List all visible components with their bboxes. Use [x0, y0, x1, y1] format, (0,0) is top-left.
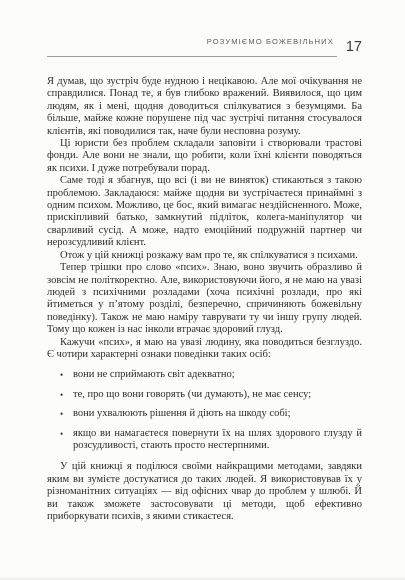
running-head: РОЗУМІЄМО БОЖЕВІЛЬНИХ	[207, 37, 334, 46]
page-header: РОЗУМІЄМО БОЖЕВІЛЬНИХ 17	[47, 31, 362, 57]
list-item: • якщо ви намагаєтеся повернути їх на шл…	[47, 428, 362, 453]
paragraph: Ці юристи без проблем складали заповіти …	[47, 138, 362, 175]
header-rule: РОЗУМІЄМО БОЖЕВІЛЬНИХ	[47, 31, 337, 57]
trait-list: • вони не сприймають світ адекватно; • т…	[47, 369, 362, 452]
paragraph: Кажучи «псих», я маю на увазі людину, як…	[47, 337, 362, 362]
list-item-text: те, про що вони говорять (чи думають), н…	[73, 389, 311, 400]
list-item-text: вони не сприймають світ адекватно;	[73, 369, 235, 380]
list-item: • вони ухвалюють рішення й діють на шкод…	[47, 408, 362, 420]
list-item: • те, про що вони говорять (чи думають),…	[47, 389, 362, 401]
paragraph: Саме тоді я збагнув, що всі (і ви не вин…	[47, 175, 362, 249]
body-text: Я думав, що зустріч буде нудною і неціка…	[47, 76, 362, 523]
paragraph: Отож у цій книжці розкажу вам про те, як…	[47, 250, 362, 262]
list-item-text: якщо ви намагаєтеся повернути їх на шлях…	[73, 428, 362, 451]
paragraph: Тепер трішки про слово «псих». Знаю, вон…	[47, 262, 362, 336]
book-page: РОЗУМІЄМО БОЖЕВІЛЬНИХ 17 Я думав, що зус…	[0, 0, 405, 580]
list-item: • вони не сприймають світ адекватно;	[47, 369, 362, 381]
bullet-icon: •	[60, 369, 63, 381]
paragraph: Я думав, що зустріч буде нудною і неціка…	[47, 76, 362, 138]
bullet-icon: •	[60, 389, 63, 401]
bullet-icon: •	[60, 408, 63, 420]
bullet-icon: •	[60, 428, 63, 440]
page-number: 17	[346, 40, 362, 58]
paragraph: У цій книжці я поділюся своїми найкращим…	[47, 461, 362, 523]
list-item-text: вони ухвалюють рішення й діють на шкоду …	[73, 408, 291, 419]
